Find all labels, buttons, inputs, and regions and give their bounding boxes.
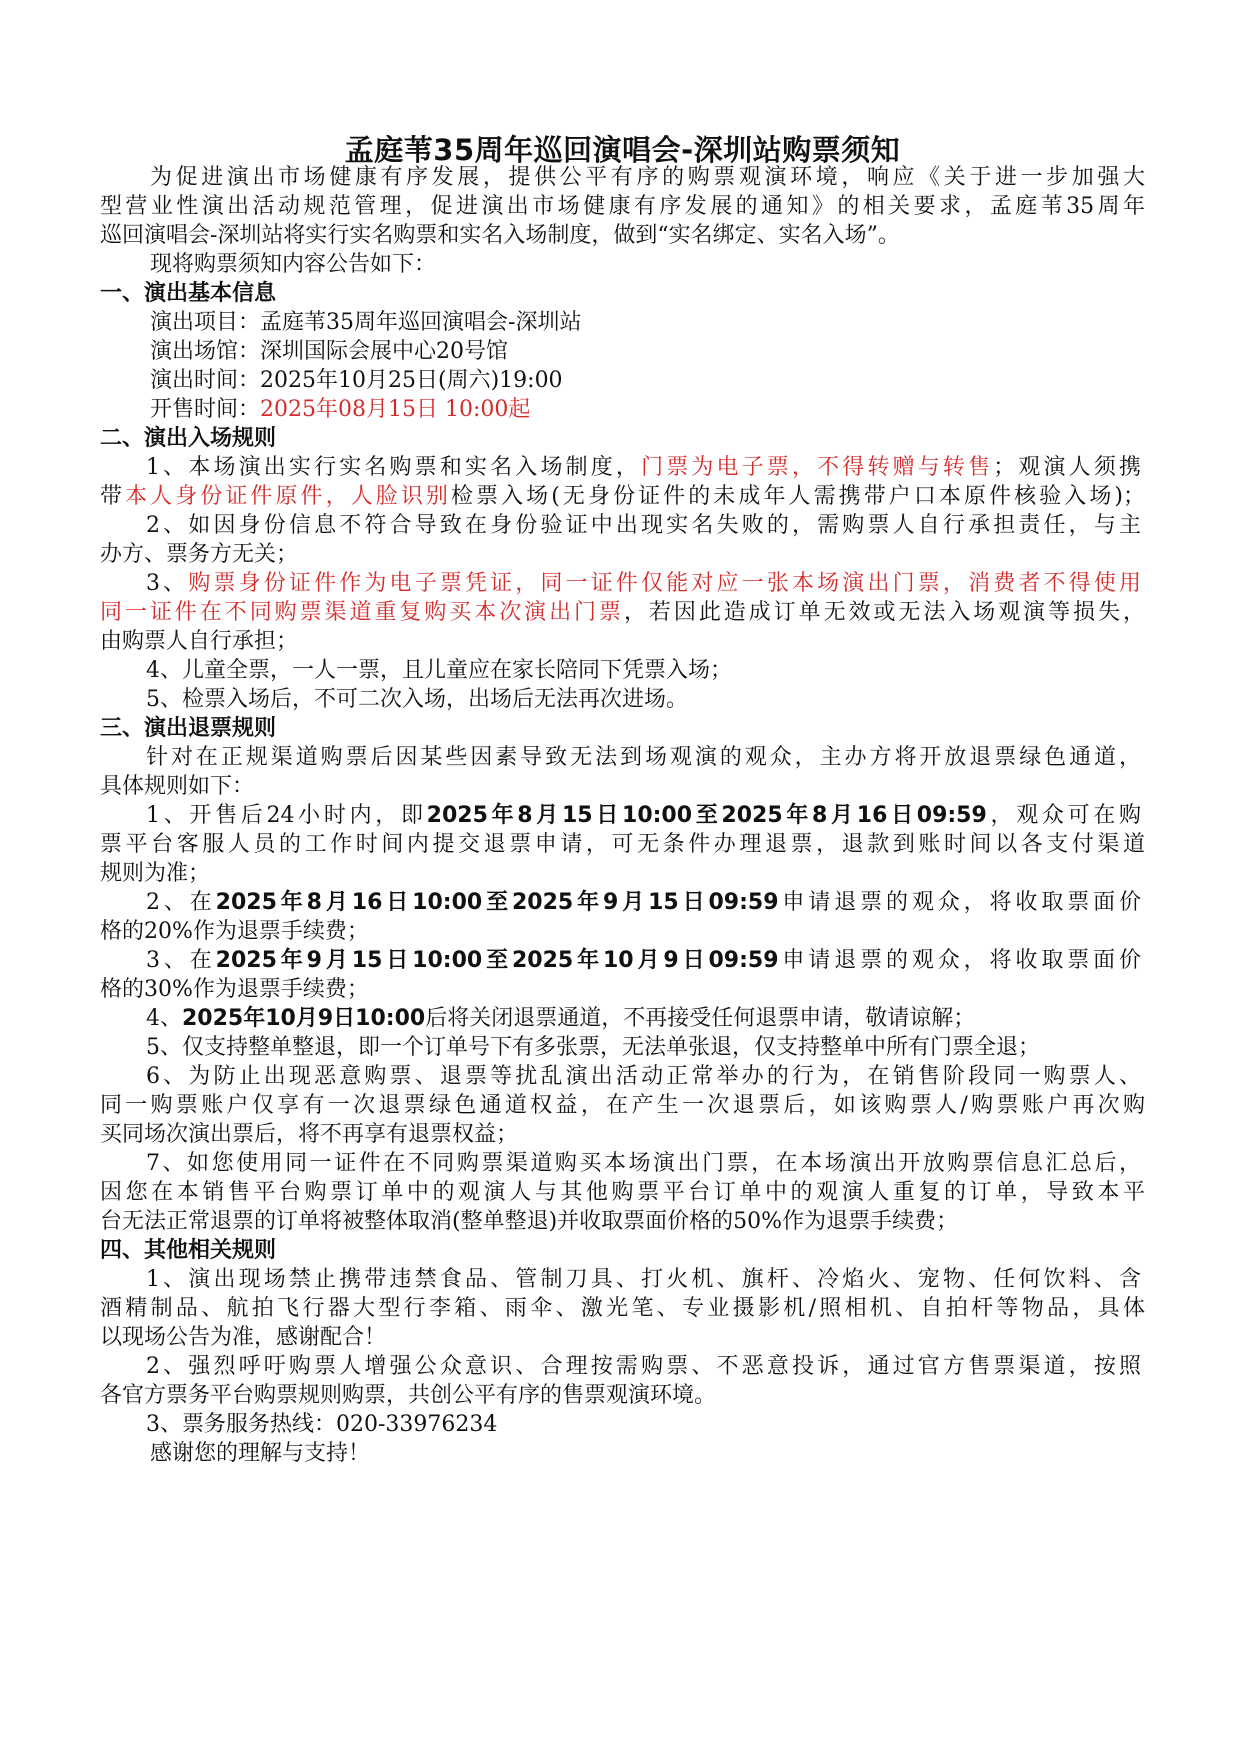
entry-rule-1: 1、本场演出实行实名购票和实名入场制度，门票为电子票，不得转赠与转售；观演人须携	[146, 452, 1141, 484]
entry-rule-3-cont: 同一证件在不同购票渠道重复购买本次演出门票，若因此造成订单无效或无法入场观演等损…	[100, 597, 1145, 629]
section-2-heading: 二、演出入场规则	[100, 423, 276, 455]
info-time: 演出时间：2025年10月25日(周六)19:00	[150, 365, 563, 397]
refund-rule-7-end: 台无法正常退票的订单将被整体取消(整单整退)并收取票面价格的50%作为退票手续费…	[100, 1206, 958, 1238]
intro-line-2: 型营业性演出活动规范管理，促进演出市场健康有序发展的通知》的相关要求，孟庭苇35…	[100, 191, 1145, 223]
refund-rule-2: 2、在2025年8月16日10:00至2025年9月15日09:59申请退票的观…	[146, 887, 1141, 919]
other-rule-1-cont: 酒精制品、航拍飞行器大型行李箱、雨伞、激光笔、专业摄影机/照相机、自拍杆等物品，…	[100, 1293, 1145, 1325]
entry-rule-3: 3、购票身份证件作为电子票凭证，同一证件仅能对应一张本场演出门票，消费者不得使用	[146, 568, 1141, 600]
refund-rule-3-cont: 格的30%作为退票手续费；	[100, 974, 369, 1006]
info-value: 2025年10月25日(周六)19:00	[260, 368, 563, 393]
other-rule-2: 2、强烈呼吁购票人增强公众意识、合理按需购票、不恶意投诉，通过官方售票渠道，按照	[146, 1351, 1141, 1383]
info-label: 演出场馆：	[150, 339, 260, 364]
info-project: 演出项目：孟庭苇35周年巡回演唱会-深圳站	[150, 307, 581, 339]
refund-rule-2-cont: 格的20%作为退票手续费；	[100, 916, 369, 948]
other-rule-2-cont: 各官方票务平台购票规则购票，共创公平有序的售票观演环境。	[100, 1380, 716, 1412]
other-rule-1-end: 以现场公告为准，感谢配合！	[100, 1322, 386, 1354]
entry-rule-1-cont: 带本人身份证件原件，人脸识别检票入场(无身份证件的未成年人需携带户口本原件核验入…	[100, 481, 1145, 513]
refund-rule-1: 1、开售后24小时内，即2025年8月15日10:00至2025年8月16日09…	[146, 800, 1141, 832]
refund-rule-1-end: 规则为准；	[100, 858, 210, 890]
hotline: 3、票务服务热线：020-33976234	[146, 1409, 497, 1441]
refund-rule-7-cont: 因您在本销售平台购票订单中的观演人与其他购票平台订单中的观演人重复的订单，导致本…	[100, 1177, 1145, 1209]
refund-rule-6-end: 买同场次演出票后，将不再享有退票权益；	[100, 1119, 518, 1151]
info-label: 演出时间：	[150, 368, 260, 393]
refund-rule-6-cont: 同一购票账户仅享有一次退票绿色通道权益，在产生一次退票后，如该购票人/购票账户再…	[100, 1090, 1145, 1122]
sale-time-value: 2025年08月15日 10:00起	[260, 397, 530, 422]
info-value: 深圳国际会展中心20号馆	[260, 339, 508, 364]
section-4-heading: 四、其他相关规则	[100, 1235, 276, 1267]
entry-rule-2-cont: 办方、票务方无关；	[100, 539, 298, 571]
refund-rule-4: 4、2025年10月9日10:00后将关闭退票通道，不再接受任何退票申请，敬请谅…	[146, 1003, 975, 1035]
info-sale-time: 开售时间：2025年08月15日 10:00起	[150, 394, 530, 426]
refund-intro: 针对在正规渠道购票后因某些因素导致无法到场观演的观众，主办方将开放退票绿色通道，	[146, 742, 1141, 774]
info-value: 孟庭苇35周年巡回演唱会-深圳站	[260, 310, 581, 335]
info-label: 演出项目：	[150, 310, 260, 335]
entry-rule-3-end: 由购票人自行承担；	[100, 626, 298, 658]
section-1-heading: 一、演出基本信息	[100, 278, 276, 310]
entry-rule-5: 5、检票入场后，不可二次入场，出场后无法再次进场。	[146, 684, 688, 716]
entry-rule-2: 2、如因身份信息不符合导致在身份验证中出现实名失败的，需购票人自行承担责任，与主	[146, 510, 1141, 542]
closing-text: 感谢您的理解与支持！	[150, 1438, 370, 1470]
refund-rule-5: 5、仅支持整单整退，即一个订单号下有多张票，无法单张退，仅支持整单中所有门票全退…	[146, 1032, 1040, 1064]
info-label: 开售时间：	[150, 397, 260, 422]
intro-line-3: 巡回演唱会-深圳站将实行实名购票和实名入场制度，做到“实名绑定、实名入场”。	[100, 220, 900, 252]
refund-rule-3: 3、在2025年9月15日10:00至2025年10月9日09:59申请退票的观…	[146, 945, 1141, 977]
other-rule-1: 1、演出现场禁止携带违禁食品、管制刀具、打火机、旗杆、冷焰火、宠物、任何饮料、含	[146, 1264, 1141, 1296]
entry-rule-4: 4、儿童全票，一人一票，且儿童应在家长陪同下凭票入场；	[146, 655, 732, 687]
refund-rule-1-cont: 票平台客服人员的工作时间内提交退票申请，可无条件办理退票，退款到账时间以各支付渠…	[100, 829, 1145, 861]
info-venue: 演出场馆：深圳国际会展中心20号馆	[150, 336, 508, 368]
intro-line-1: 为促进演出市场健康有序发展，提供公平有序的购票观演环境，响应《关于进一步加强大	[150, 162, 1145, 194]
section-3-heading: 三、演出退票规则	[100, 713, 276, 745]
intro-line-4: 现将购票须知内容公告如下：	[150, 249, 436, 281]
refund-rule-7: 7、如您使用同一证件在不同购票渠道购买本场演出门票，在本场演出开放购票信息汇总后…	[146, 1148, 1141, 1180]
refund-intro-cont: 具体规则如下：	[100, 771, 254, 803]
refund-rule-6: 6、为防止出现恶意购票、退票等扰乱演出活动正常举办的行为，在销售阶段同一购票人、	[146, 1061, 1141, 1093]
